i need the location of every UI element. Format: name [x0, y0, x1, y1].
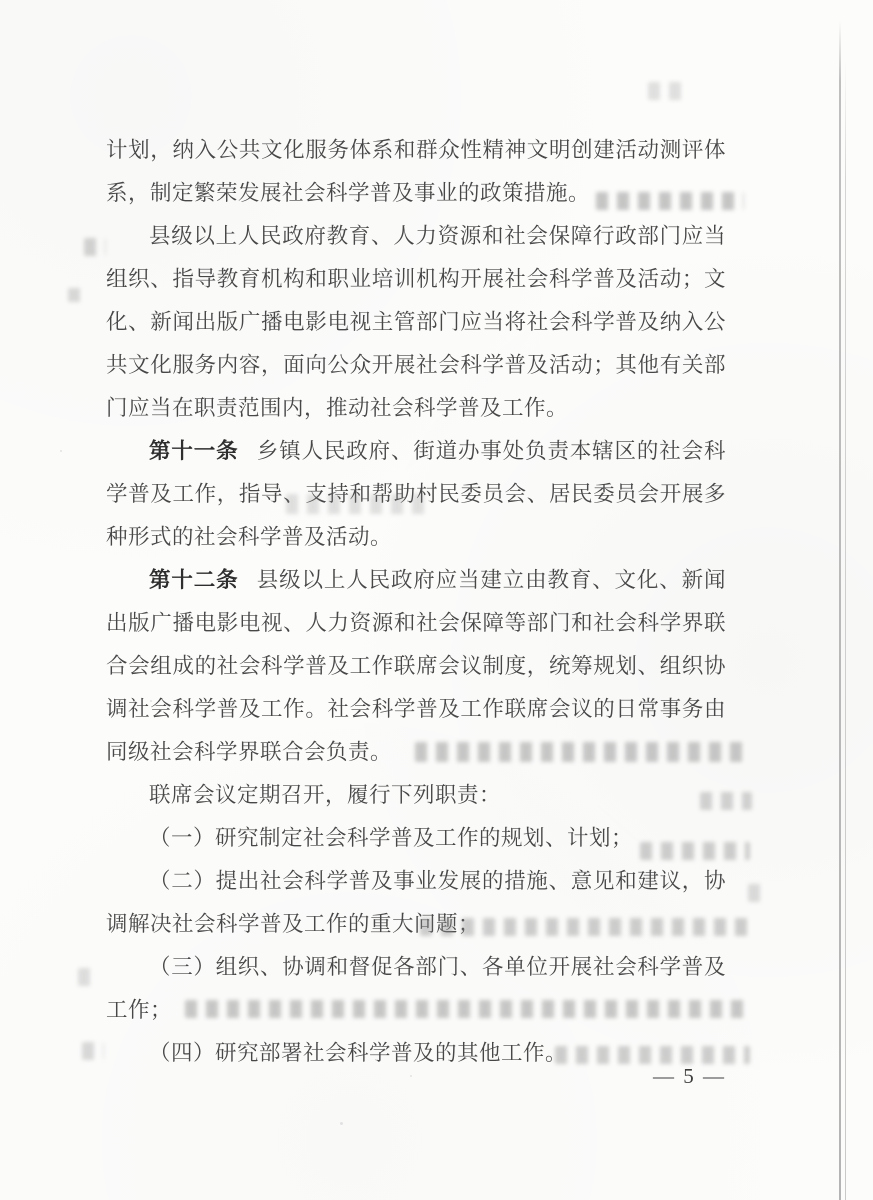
bleed-through-smudge [78, 968, 94, 986]
bleed-through-smudge [596, 192, 744, 210]
bleed-through-smudge [185, 1000, 745, 1018]
text-line: （一）研究制定社会科学普及工作的规划、计划； [106, 817, 726, 860]
bleed-through-smudge [700, 792, 752, 810]
bleed-through-smudge [68, 288, 86, 302]
text-line: 种形式的社会科学普及活动。 [106, 516, 726, 559]
text-line: 县级以上人民政府教育、人力资源和社会保障行政部门应当 [106, 215, 726, 258]
bleed-through-smudge [82, 1042, 104, 1060]
text-line: 化、新闻出版广播电影电视主管部门应当将社会科学普及纳入公 [106, 301, 726, 344]
text-line: 门应当在职责范围内，推动社会科学普及工作。 [106, 387, 726, 430]
speckle [150, 700, 152, 702]
paper-edge-line [839, 22, 841, 1200]
speckle [60, 450, 62, 452]
text-line: 调社会科学普及工作。社会科学普及工作联席会议的日常事务由 [106, 688, 726, 731]
text-line: 第十二条县级以上人民政府应当建立由教育、文化、新闻 [106, 559, 726, 602]
article-number: 第十一条 [149, 439, 238, 463]
speckle [340, 1122, 343, 1125]
text-line: 合会组成的社会科学普及工作联席会议制度，统筹规划、组织协 [106, 645, 726, 688]
bleed-through-smudge [415, 742, 745, 762]
bleed-through-smudge [748, 884, 764, 902]
text-line: （二）提出社会科学普及事业发展的措施、意见和建议，协 [106, 860, 726, 903]
bleed-through-smudge [420, 918, 750, 936]
bleed-through-smudge [286, 494, 426, 514]
bleed-through-smudge [84, 238, 106, 256]
text-line: 共文化服务内容，面向公众开展社会科学普及活动；其他有关部 [106, 344, 726, 387]
paper-edge-line [845, 60, 846, 1200]
speckle [410, 1075, 412, 1077]
article-number: 第十二条 [149, 568, 238, 592]
page-number: — 5 — [106, 1064, 726, 1089]
scanned-page: 计划，纳入公共文化服务体系和群众性精神文明创建活动测评体 系，制定繁荣发展社会科… [0, 0, 873, 1200]
text-line: 出版广播电影电视、人力资源和社会保障等部门和社会科学界联 [106, 602, 726, 645]
line-text: 县级以上人民政府应当建立由教育、文化、新闻 [256, 568, 726, 592]
text-line: 组织、指导教育机构和职业培训机构开展社会科学普及活动；文 [106, 258, 726, 301]
bleed-through-smudge [640, 842, 750, 860]
text-line: （三）组织、协调和督促各部门、各单位开展社会科学普及 [106, 946, 726, 989]
text-line: 联席会议定期召开，履行下列职责： [106, 774, 726, 817]
bleed-through-smudge [648, 82, 682, 100]
line-text: 乡镇人民政府、街道办事处负责本辖区的社会科 [256, 439, 726, 463]
text-line: 计划，纳入公共文化服务体系和群众性精神文明创建活动测评体 [106, 129, 726, 172]
bleed-through-smudge [555, 1046, 750, 1064]
text-line: 第十一条乡镇人民政府、街道办事处负责本辖区的社会科 [106, 430, 726, 473]
